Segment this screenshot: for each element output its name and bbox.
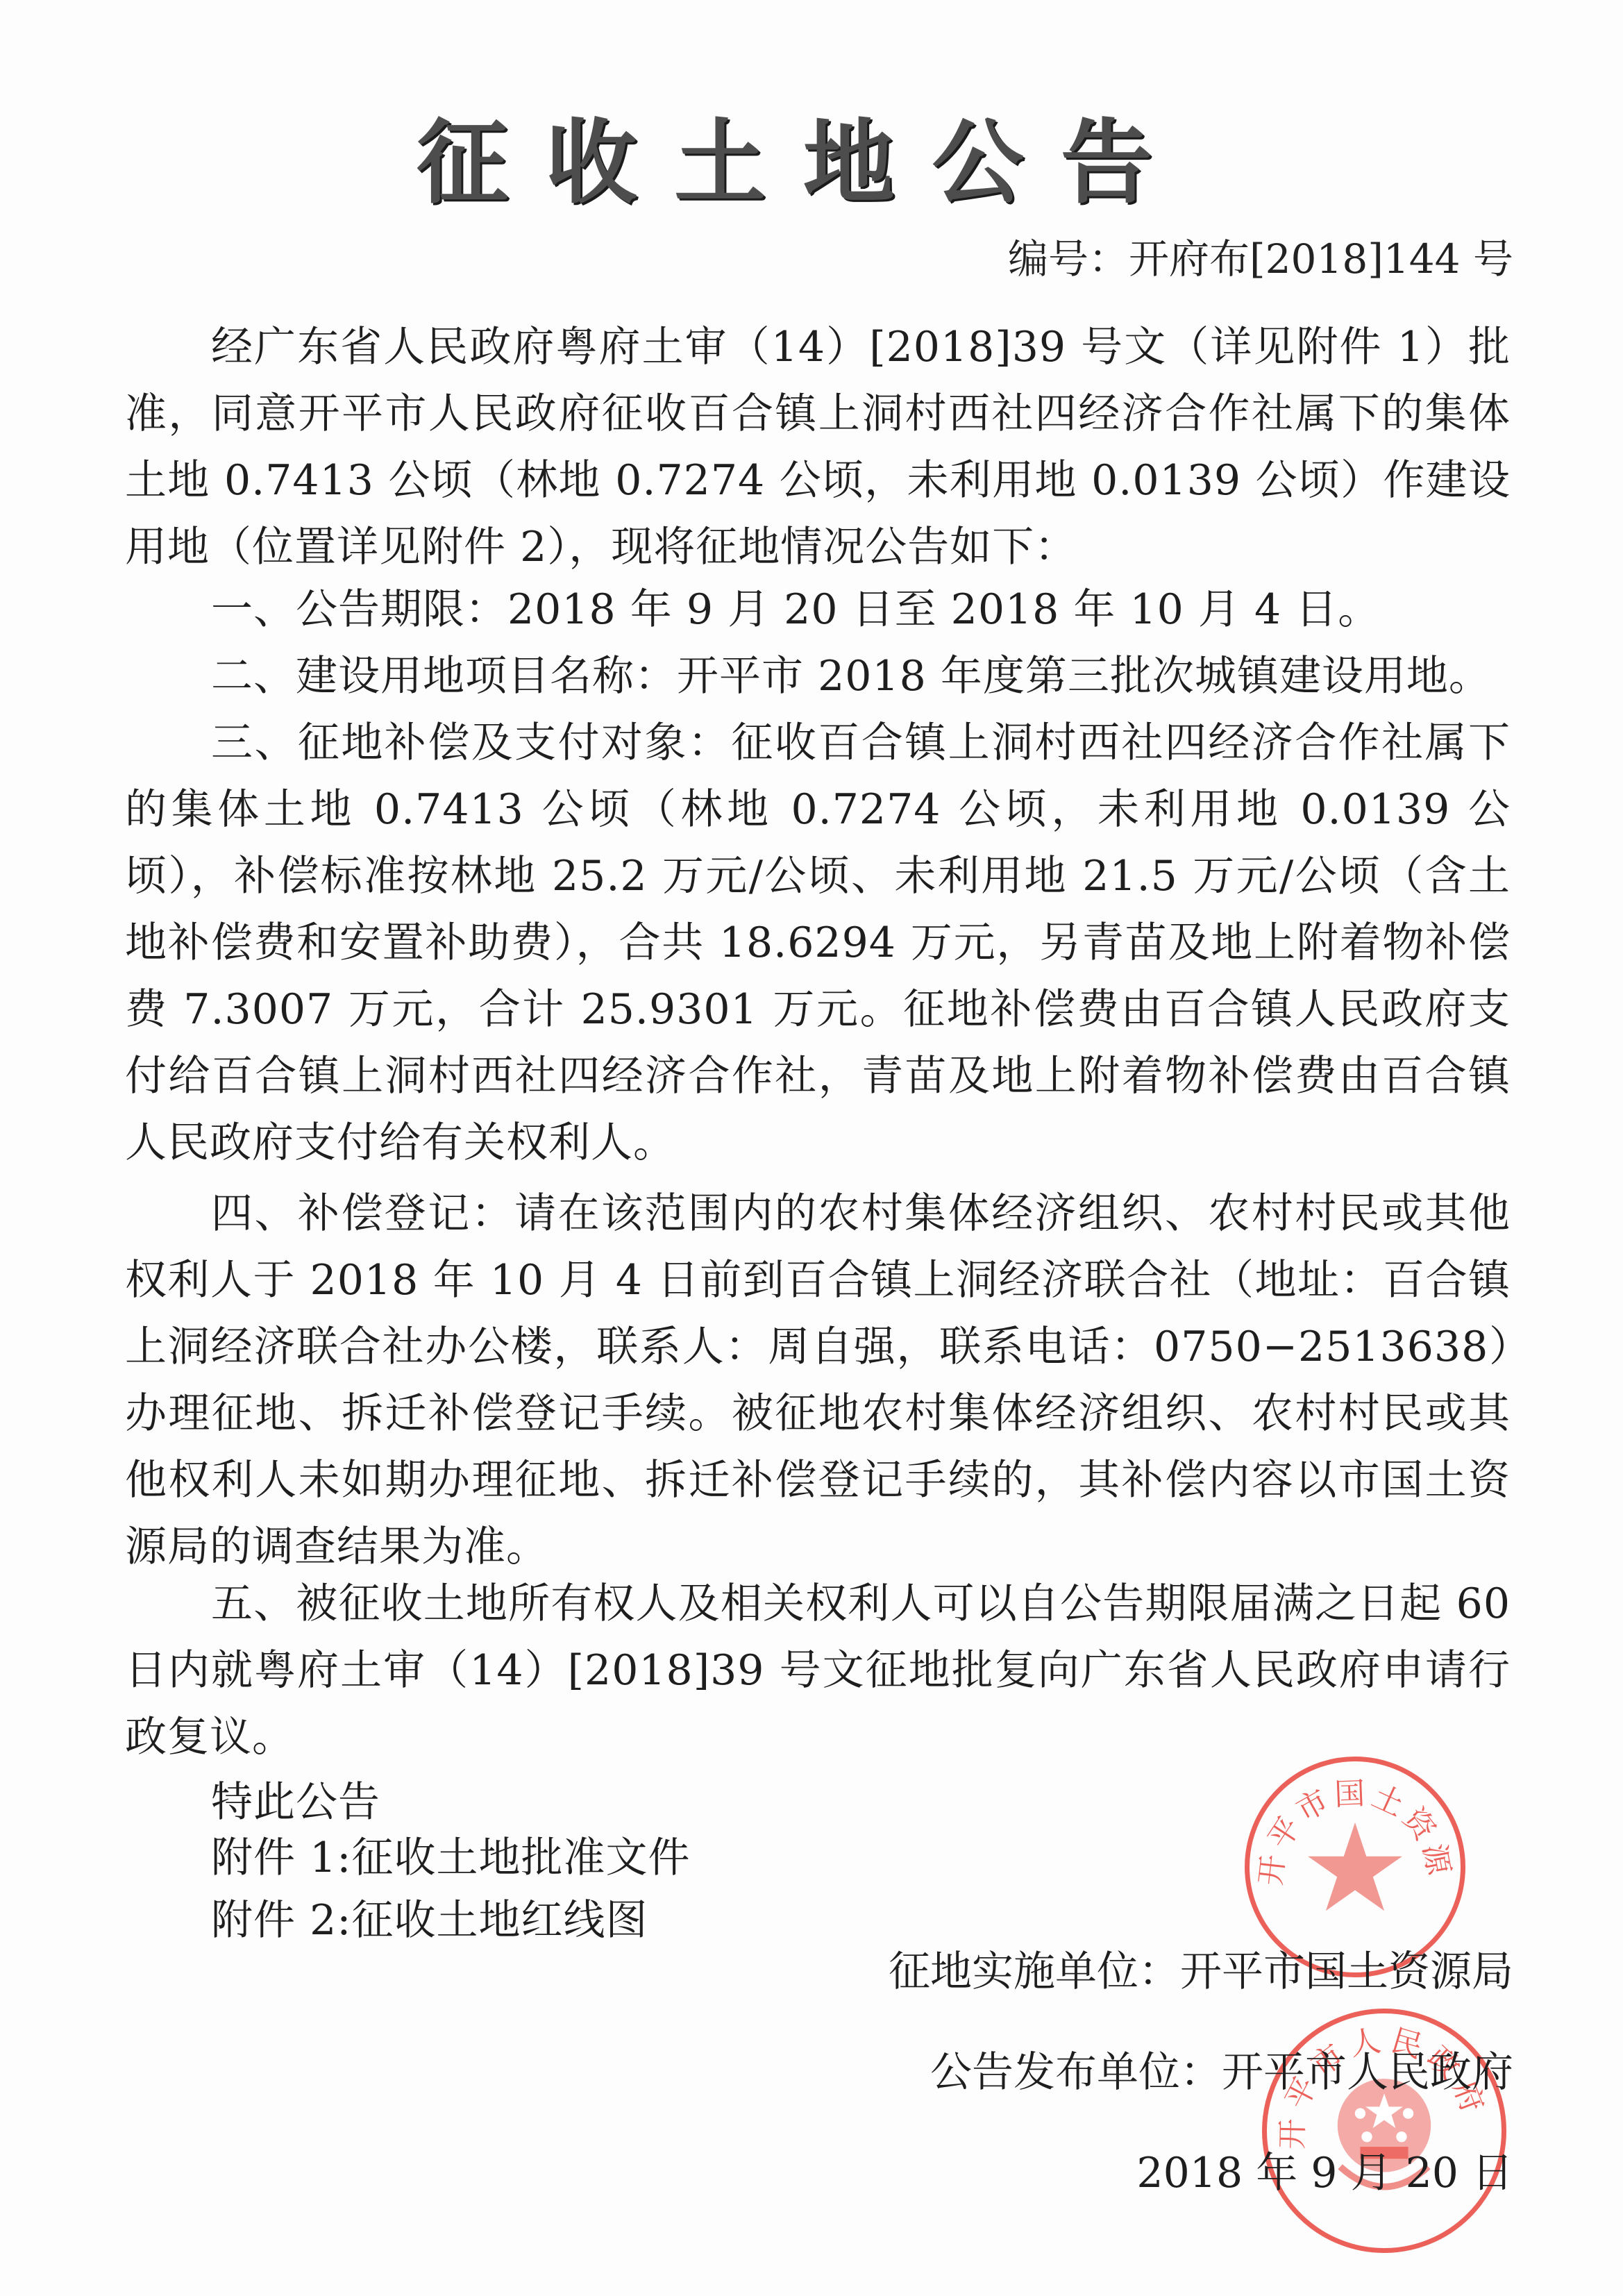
implementing-unit: 征地实施单位：开平市国土资源局 <box>889 1944 1513 2000</box>
item-registration: 四、补偿登记：请在该范围内的农村集体经济组织、农村村民或其他权利人于 2018 … <box>125 1180 1511 1580</box>
document-number: 编号：开府布[2018]144 号 <box>1008 235 1513 283</box>
item-project-name: 二、建设用地项目名称：开平市 2018 年度第三批次城镇建设用地。 <box>125 643 1511 710</box>
document-page: 征 收 土 地 公 告 编号：开府布[2018]144 号 开平市国土资源局 开… <box>0 0 1623 2296</box>
issue-date: 2018 年 9 月 20 日 <box>1136 2145 1513 2201</box>
item-announcement-period: 一、公告期限：2018 年 9 月 20 日至 2018 年 10 月 4 日。 <box>125 576 1511 643</box>
title-char: 土 <box>674 117 766 209</box>
title-char: 告 <box>1061 117 1152 209</box>
title-char: 公 <box>932 117 1023 209</box>
attachment-1: 附件 1:征收土地批准文件 <box>125 1825 1511 1891</box>
title-char: 征 <box>417 117 508 209</box>
intro-paragraph: 经广东省人民政府粤府土审（14）[2018]39 号文（详见附件 1）批准，同意… <box>125 314 1511 580</box>
title-char: 地 <box>803 117 895 209</box>
item-compensation: 三、征地补偿及支付对象：征收百合镇上洞村西社四经济合作社属下的集体土地 0.74… <box>125 710 1511 1176</box>
item-appeal: 五、被征收土地所有权人及相关权利人可以自公告期限届满之日起 60 日内就粤府土审… <box>125 1570 1511 1770</box>
page-title: 征 收 土 地 公 告 <box>417 111 1152 215</box>
publishing-unit: 公告发布单位：开平市人民政府 <box>930 2045 1513 2100</box>
title-char: 收 <box>546 117 637 209</box>
